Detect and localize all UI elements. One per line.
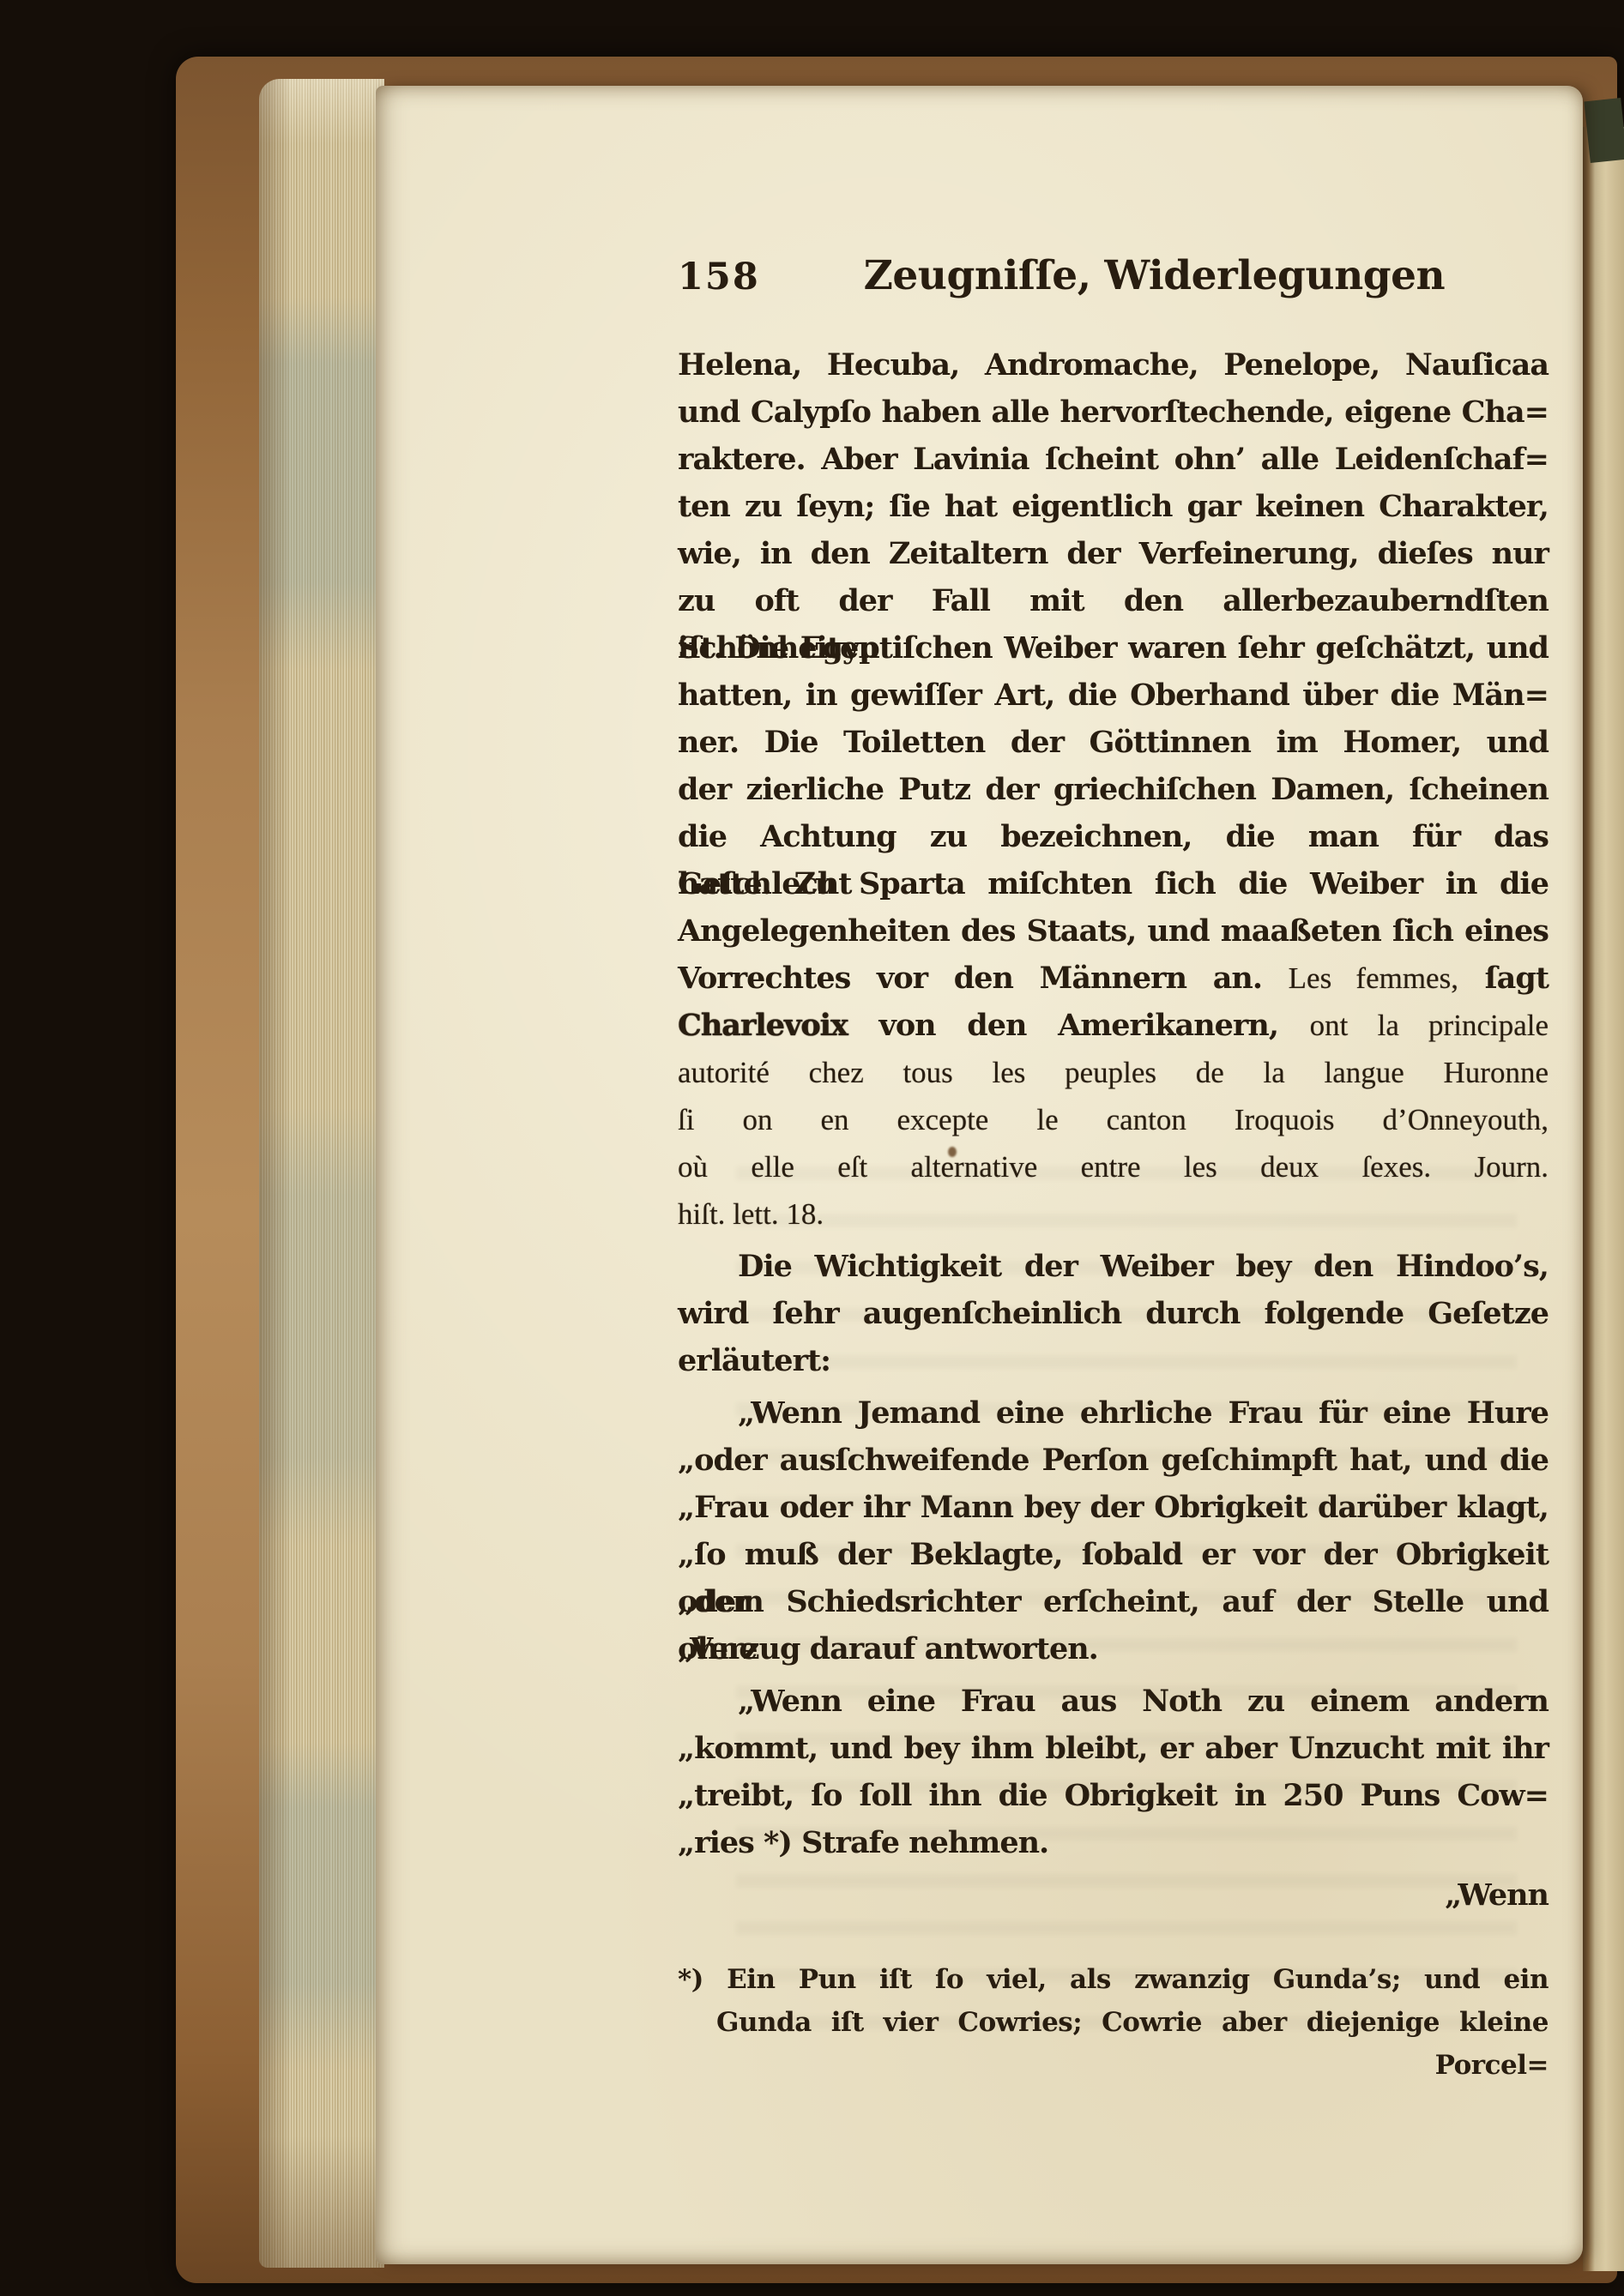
text-line: erläutert: <box>678 1337 1549 1384</box>
footnote: *) Ein Pun iſt ſo viel, als zwanzig Gund… <box>678 1958 1549 2087</box>
text-line: der zierliche Putz der griechiſchen Dame… <box>678 766 1549 813</box>
text-run: „Wenn Jemand eine ehrliche Frau für eine… <box>738 1395 1549 1431</box>
text-line: „treibt, ſo ſoll ihn die Obrigkeit in 25… <box>678 1772 1549 1819</box>
text-run: ont la principale <box>1310 1009 1549 1042</box>
text-line: „kommt, und bey ihm bleibt, er aber Unzu… <box>678 1725 1549 1772</box>
text-run: ner. Die Toiletten der Göttinnen im Home… <box>678 725 1549 760</box>
text-run: ten zu ſeyn; ſie hat eigentlich gar kein… <box>678 489 1549 524</box>
text-line: ſi on en excepte le canton Iroquois d’On… <box>678 1096 1549 1143</box>
paragraph: Die Wichtigkeit der Weiber bey den Hindo… <box>678 1243 1549 1384</box>
text-line: Die Wichtigkeit der Weiber bey den Hindo… <box>678 1243 1549 1290</box>
text-line: Helena, Hecuba, Andromache, Penelope, Na… <box>678 341 1549 389</box>
adjacent-page-edge <box>1583 127 1624 2271</box>
text-line: die Achtung zu bezeichnen, die man für d… <box>678 813 1549 860</box>
text-line: „ries *) Strafe nehmen. <box>678 1819 1549 1866</box>
text-line: „dem Schiedsrichter erſcheint, auf der S… <box>678 1578 1549 1625</box>
text-run: der zierliche Putz der griechiſchen Dame… <box>678 772 1549 807</box>
body-text: Helena, Hecuba, Andromache, Penelope, Na… <box>678 341 1549 2087</box>
text-line: wird ſehr augenſcheinlich durch folgende… <box>678 1290 1549 1337</box>
text-run: iſt. Die Egyptiſchen Weiber waren ſehr g… <box>678 630 1549 666</box>
text-line: raktere. Aber Lavinia ſcheint ohn’ alle … <box>678 436 1549 483</box>
paragraph: „Wenn Jemand eine ehrliche Frau für eine… <box>678 1389 1549 1672</box>
text-run: Les femmes, <box>1289 961 1458 995</box>
text-line: Angelegenheiten des Staats, und maaßeten… <box>678 907 1549 955</box>
text-line: autorité chez tous les peuples de la lan… <box>678 1049 1549 1096</box>
paragraph: „Wenn eine Frau aus Noth zu einem andern… <box>678 1678 1549 1866</box>
text-run: „kommt, und bey ihm bleibt, er aber Unzu… <box>678 1731 1549 1766</box>
text-run: von den Amerikanern, <box>848 1008 1310 1043</box>
paragraphs: Helena, Hecuba, Andromache, Penelope, Na… <box>678 341 1549 1866</box>
text-line: ten zu ſeyn; ſie hat eigentlich gar kein… <box>678 483 1549 530</box>
text-line: Charlevoix von den Amerikanern, ont la p… <box>678 1002 1549 1049</box>
text-run: autorité chez tous les peuples de la lan… <box>678 1056 1549 1089</box>
text-run: „Verzug darauf antworten. <box>678 1631 1098 1666</box>
catchword: „Wenn <box>678 1871 1549 1919</box>
text-run: Helena, Hecuba, Andromache, Penelope, Na… <box>678 347 1549 383</box>
footnote-lines: *) Ein Pun iſt ſo viel, als zwanzig Gund… <box>678 1958 1549 2044</box>
text-line: hiſt. lett. 18. <box>678 1190 1549 1238</box>
text-run: und Calypſo haben alle hervorſtechende, … <box>678 395 1549 430</box>
text-run: ſagt <box>1458 961 1549 996</box>
text-run: hatten, in gewiſſer Art, die Oberhand üb… <box>678 678 1549 713</box>
text-run: „Frau oder ihr Mann bey der Obrigkeit da… <box>678 1490 1549 1525</box>
page-fore-edge-stack <box>259 79 384 2268</box>
text-run: „oder ausſchweifende Perſon geſchimpft h… <box>678 1443 1549 1478</box>
text-line: Vorrechtes vor den Männern an. Les femme… <box>678 955 1549 1002</box>
text-run: ſi on en excepte le canton Iroquois d’On… <box>678 1103 1549 1136</box>
text-run: „ries *) Strafe nehmen. <box>678 1825 1048 1860</box>
text-run: erläutert: <box>678 1343 830 1378</box>
text-run: hatte. Zu Sparta miſchten ſich die Weibe… <box>678 866 1549 901</box>
text-line: „Wenn Jemand eine ehrliche Frau für eine… <box>678 1389 1549 1437</box>
text-line: „Verzug darauf antworten. <box>678 1625 1549 1672</box>
text-run: „Wenn eine Frau aus Noth zu einem andern <box>738 1684 1549 1719</box>
text-run: où elle eſt alternative entre les deux ſ… <box>678 1150 1549 1184</box>
page-header: 158 Zeugniſſe, Widerlegungen <box>678 252 1549 299</box>
book-page: 158 Zeugniſſe, Widerlegungen Helena, Hec… <box>376 86 1583 2264</box>
text-run: Gunda iſt vier Cowries; Cowrie aber diej… <box>716 2007 1549 2038</box>
text-run: Charlevoix <box>678 1008 848 1043</box>
text-run: raktere. Aber Lavinia ſcheint ohn’ alle … <box>678 442 1549 477</box>
text-line: *) Ein Pun iſt ſo viel, als zwanzig Gund… <box>678 1958 1549 2001</box>
text-run: wird ſehr augenſcheinlich durch folgende… <box>678 1296 1549 1331</box>
text-run: hiſt. lett. 18. <box>678 1197 824 1231</box>
text-line: „Wenn eine Frau aus Noth zu einem andern <box>678 1678 1549 1725</box>
text-line: iſt. Die Egyptiſchen Weiber waren ſehr g… <box>678 624 1549 672</box>
text-run: *) Ein Pun iſt ſo viel, als zwanzig Gund… <box>678 1964 1549 1995</box>
footnote-catchword: Porcel= <box>678 2044 1549 2087</box>
text-line: „Frau oder ihr Mann bey der Obrigkeit da… <box>678 1484 1549 1531</box>
text-line: où elle eſt alternative entre les deux ſ… <box>678 1143 1549 1190</box>
cover-corner <box>1584 98 1624 163</box>
text-line: „oder ausſchweifende Perſon geſchimpft h… <box>678 1437 1549 1484</box>
text-line: hatte. Zu Sparta miſchten ſich die Weibe… <box>678 860 1549 907</box>
text-line: hatten, in gewiſſer Art, die Oberhand üb… <box>678 672 1549 719</box>
book-photo: 158 Zeugniſſe, Widerlegungen Helena, Hec… <box>0 0 1624 2296</box>
text-line: zu oft der Fall mit den allerbezauberndſ… <box>678 577 1549 624</box>
text-run: Die Wichtigkeit der Weiber bey den Hindo… <box>738 1249 1549 1284</box>
text-run: wie, in den Zeitaltern der Verfeinerung,… <box>678 536 1549 571</box>
text-run: „treibt, ſo ſoll ihn die Obrigkeit in 25… <box>678 1778 1549 1813</box>
text-run: Angelegenheiten des Staats, und maaßeten… <box>678 913 1549 949</box>
running-title: Zeugniſſe, Widerlegungen <box>760 252 1549 299</box>
page-number: 158 <box>678 256 760 298</box>
text-line: und Calypſo haben alle hervorſtechende, … <box>678 389 1549 436</box>
paragraph: Helena, Hecuba, Andromache, Penelope, Na… <box>678 341 1549 1238</box>
text-line: „ſo muß der Beklagte, ſobald er vor der … <box>678 1531 1549 1578</box>
text-line: wie, in den Zeitaltern der Verfeinerung,… <box>678 530 1549 577</box>
text-line: ner. Die Toiletten der Göttinnen im Home… <box>678 719 1549 766</box>
text-line: Gunda iſt vier Cowries; Cowrie aber diej… <box>716 2001 1549 2044</box>
text-run: Vorrechtes vor den Männern an. <box>678 961 1289 996</box>
